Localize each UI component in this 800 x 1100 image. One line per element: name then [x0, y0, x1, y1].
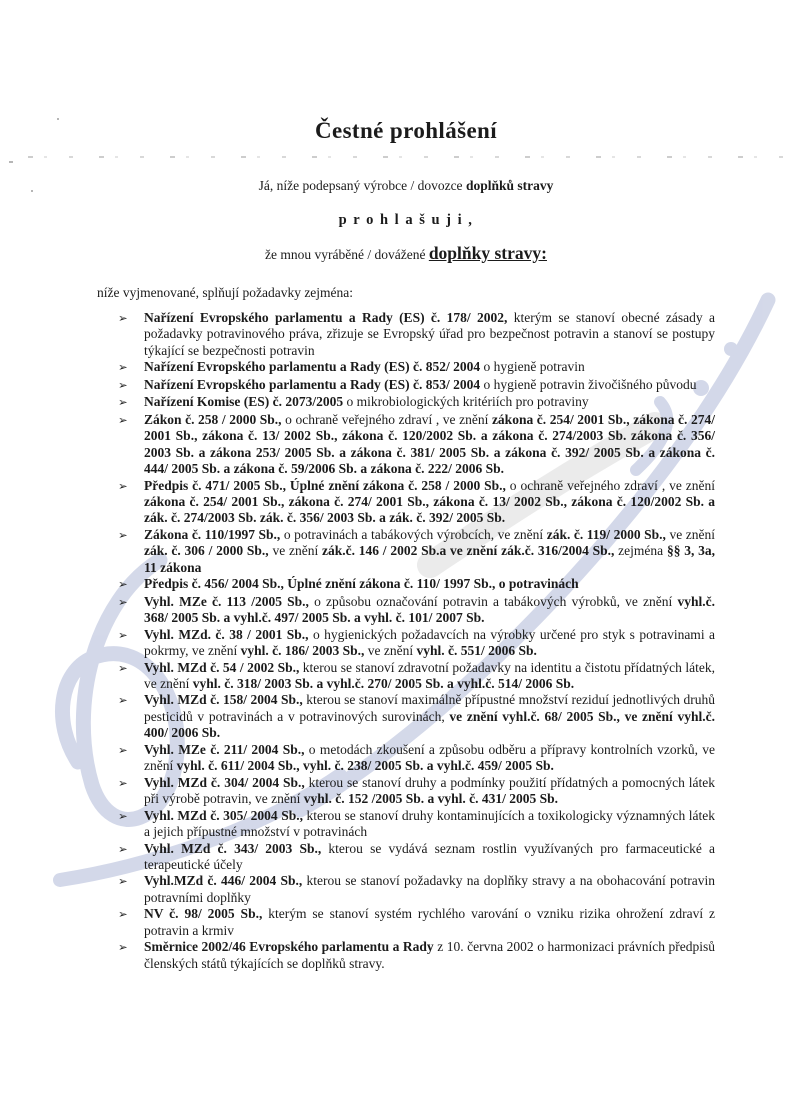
item-text: Předpis č. 471/ 2005 Sb., Úplné znění zá…: [144, 478, 715, 527]
item-text-run: Zákon č. 258 / 2000 Sb.,: [144, 412, 282, 427]
list-item: ➢Vyhl. MZd č. 305/ 2004 Sb., kterou se s…: [118, 808, 715, 841]
list-item: ➢Předpis č. 471/ 2005 Sb., Úplné znění z…: [118, 478, 715, 527]
item-text-run: o mikrobiologických kritériích pro potra…: [343, 394, 589, 409]
item-text-run: Předpis č. 456/ 2004 Sb., Úplné znění zá…: [144, 576, 579, 591]
arrow-bullet-icon: ➢: [118, 873, 144, 906]
arrow-bullet-icon: ➢: [118, 377, 144, 394]
list-item: ➢Vyhl. MZe č. 113 /2005 Sb., o způsobu o…: [118, 594, 715, 627]
list-item: ➢Předpis č. 456/ 2004 Sb., Úplné znění z…: [118, 576, 715, 593]
item-text-run: Vyhl. MZd č. 305/ 2004 Sb.,: [144, 808, 303, 823]
item-text-run: Nařízení Evropského parlamentu a Rady (E…: [144, 377, 480, 392]
item-text: Nařízení Komise (ES) č. 2073/2005 o mikr…: [144, 394, 715, 411]
item-text-run: o způsobu označování potravin a tabákový…: [309, 594, 678, 609]
item-text: Vyhl. MZd. č. 38 / 2001 Sb., o hygienick…: [144, 627, 715, 660]
item-text: Nařízení Evropského parlamentu a Rady (E…: [144, 310, 715, 359]
item-text-run: o ochraně veřejného zdraví , ve znění: [506, 478, 715, 493]
arrow-bullet-icon: ➢: [118, 939, 144, 972]
arrow-bullet-icon: ➢: [118, 775, 144, 808]
list-item: ➢Vyhl. MZd č. 158/ 2004 Sb., kterou se s…: [118, 692, 715, 741]
list-item: ➢Směrnice 2002/46 Evropského parlamentu …: [118, 939, 715, 972]
item-text: Nařízení Evropského parlamentu a Rady (E…: [144, 359, 715, 376]
list-item: ➢Vyhl. MZd č. 54 / 2002 Sb., kterou se s…: [118, 660, 715, 693]
list-item: ➢Vyhl. MZd č. 304/ 2004 Sb., kterou se s…: [118, 775, 715, 808]
item-text-run: Vyhl. MZd č. 343/ 2003 Sb.,: [144, 841, 321, 856]
item-text-run: Vyhl. MZd č. 54 / 2002 Sb.,: [144, 660, 299, 675]
item-text-run: vyhl. č. 186/ 2003 Sb.,: [241, 643, 365, 658]
item-text: Předpis č. 456/ 2004 Sb., Úplné znění zá…: [144, 576, 715, 593]
list-item: ➢Vyhl.MZd č. 446/ 2004 Sb., kterou se st…: [118, 873, 715, 906]
intro-line-3-regular: že mnou vyráběné / dovážené: [265, 247, 429, 262]
item-text: NV č. 98/ 2005 Sb., kterým se stanoví sy…: [144, 906, 715, 939]
item-text-run: Směrnice 2002/46 Evropského parlamentu a…: [144, 939, 434, 954]
arrow-bullet-icon: ➢: [118, 359, 144, 376]
intro-line-3: že mnou vyráběné / dovážené doplňky stra…: [97, 243, 715, 264]
list-item: ➢Vyhl. MZe č. 211/ 2004 Sb., o metodách …: [118, 742, 715, 775]
item-text-run: vyhl. č. 551/ 2006 Sb.: [417, 643, 537, 658]
item-text-run: o ochraně veřejného zdraví , ve znění: [282, 412, 492, 427]
item-text-run: zák. č. 119/ 2000 Sb.,: [547, 527, 666, 542]
item-text-run: Vyhl. MZe č. 113 /2005 Sb.,: [144, 594, 309, 609]
intro-line-1: Já, níže podepsaný výrobce / dovozce dop…: [97, 178, 715, 194]
arrow-bullet-icon: ➢: [118, 742, 144, 775]
item-text: Nařízení Evropského parlamentu a Rady (E…: [144, 377, 715, 394]
item-text: Zákon č. 258 / 2000 Sb., o ochraně veřej…: [144, 412, 715, 478]
item-text-run: Vyhl. MZd č. 304/ 2004 Sb.,: [144, 775, 305, 790]
intro-line-3-bold-underlined: doplňky stravy:: [429, 243, 547, 263]
arrow-bullet-icon: ➢: [118, 906, 144, 939]
item-text: Vyhl. MZd č. 305/ 2004 Sb., kterou se st…: [144, 808, 715, 841]
item-text-run: ve znění: [666, 527, 715, 542]
item-text: Vyhl. MZe č. 113 /2005 Sb., o způsobu oz…: [144, 594, 715, 627]
item-text-run: Nařízení Komise (ES) č. 2073/2005: [144, 394, 343, 409]
item-text-run: Nařízení Evropského parlamentu a Rady (E…: [144, 359, 480, 374]
item-text-run: Vyhl. MZe č. 211/ 2004 Sb.,: [144, 742, 305, 757]
item-text-run: o potravinách a tabákových výrobcích, ve…: [280, 527, 546, 542]
item-text-run: Vyhl.MZd č. 446/ 2004 Sb.,: [144, 873, 302, 888]
item-text-run: Vyhl. MZd č. 158/ 2004 Sb.,: [144, 692, 303, 707]
item-text-run: ve znění: [269, 543, 322, 558]
item-text: Vyhl. MZd č. 158/ 2004 Sb., kterou se st…: [144, 692, 715, 741]
arrow-bullet-icon: ➢: [118, 478, 144, 527]
item-text: Vyhl. MZe č. 211/ 2004 Sb., o metodách z…: [144, 742, 715, 775]
list-item: ➢Zákon č. 258 / 2000 Sb., o ochraně veře…: [118, 412, 715, 478]
list-item: ➢Zákona č. 110/1997 Sb., o potravinách a…: [118, 527, 715, 576]
item-text-run: Nařízení Evropského parlamentu a Rady (E…: [144, 310, 507, 325]
item-text-run: zák. č. 306 / 2000 Sb.,: [144, 543, 269, 558]
document-page: Čestné prohlášení Já, níže podepsaný výr…: [0, 0, 800, 972]
item-text-run: o hygieně potravin: [480, 359, 585, 374]
item-text-run: Zákona č. 110/1997 Sb.,: [144, 527, 280, 542]
list-item: ➢Nařízení Komise (ES) č. 2073/2005 o mik…: [118, 394, 715, 411]
arrow-bullet-icon: ➢: [118, 660, 144, 693]
declaration-word: p r o h l a š u j i ,: [97, 212, 715, 229]
item-text-run: o hygieně potravin živočišného původu: [480, 377, 696, 392]
item-text: Vyhl. MZd č. 343/ 2003 Sb., kterou se vy…: [144, 841, 715, 874]
item-text-run: zákona č. 254/ 2001 Sb., zákona č. 274/ …: [144, 494, 715, 525]
arrow-bullet-icon: ➢: [118, 692, 144, 741]
item-text: Zákona č. 110/1997 Sb., o potravinách a …: [144, 527, 715, 576]
intro-line-1-bold: doplňků stravy: [466, 178, 553, 193]
regulation-list: ➢Nařízení Evropského parlamentu a Rady (…: [97, 310, 715, 972]
list-item: ➢Vyhl. MZd. č. 38 / 2001 Sb., o hygienic…: [118, 627, 715, 660]
item-text-run: Vyhl. MZd. č. 38 / 2001 Sb.,: [144, 627, 309, 642]
list-item: ➢Nařízení Evropského parlamentu a Rady (…: [118, 310, 715, 359]
arrow-bullet-icon: ➢: [118, 808, 144, 841]
page-title: Čestné prohlášení: [97, 118, 715, 144]
list-item: ➢Nařízení Evropského parlamentu a Rady (…: [118, 359, 715, 376]
item-text: Vyhl. MZd č. 54 / 2002 Sb., kterou se st…: [144, 660, 715, 693]
item-text: Vyhl. MZd č. 304/ 2004 Sb., kterou se st…: [144, 775, 715, 808]
item-text: Vyhl.MZd č. 446/ 2004 Sb., kterou se sta…: [144, 873, 715, 906]
item-text-run: ve znění: [364, 643, 416, 658]
arrow-bullet-icon: ➢: [118, 527, 144, 576]
list-item: ➢Vyhl. MZd č. 343/ 2003 Sb., kterou se v…: [118, 841, 715, 874]
arrow-bullet-icon: ➢: [118, 594, 144, 627]
arrow-bullet-icon: ➢: [118, 394, 144, 411]
item-text-run: Předpis č. 471/ 2005 Sb., Úplné znění zá…: [144, 478, 506, 493]
arrow-bullet-icon: ➢: [118, 310, 144, 359]
arrow-bullet-icon: ➢: [118, 841, 144, 874]
intro-line-1-regular: Já, níže podepsaný výrobce / dovozce: [259, 178, 466, 193]
item-text: Směrnice 2002/46 Evropského parlamentu a…: [144, 939, 715, 972]
item-text-run: NV č. 98/ 2005 Sb.,: [144, 906, 262, 921]
item-text-run: vyhl. č. 152 /2005 Sb. a vyhl. č. 431/ 2…: [304, 791, 558, 806]
item-text-run: vyhl. č. 318/ 2003 Sb. a vyhl.č. 270/ 20…: [193, 676, 574, 691]
item-text-run: zák.č. 146 / 2002 Sb.a ve znění zák.č. 3…: [322, 543, 614, 558]
item-text-run: vyhl. č. 611/ 2004 Sb., vyhl. č. 238/ 20…: [177, 758, 554, 773]
list-item: ➢Nařízení Evropského parlamentu a Rady (…: [118, 377, 715, 394]
list-item: ➢NV č. 98/ 2005 Sb., kterým se stanoví s…: [118, 906, 715, 939]
item-text-run: zejména: [614, 543, 667, 558]
arrow-bullet-icon: ➢: [118, 412, 144, 478]
arrow-bullet-icon: ➢: [118, 576, 144, 593]
arrow-bullet-icon: ➢: [118, 627, 144, 660]
list-lead-in: níže vyjmenované, splňují požadavky zejm…: [97, 285, 715, 301]
